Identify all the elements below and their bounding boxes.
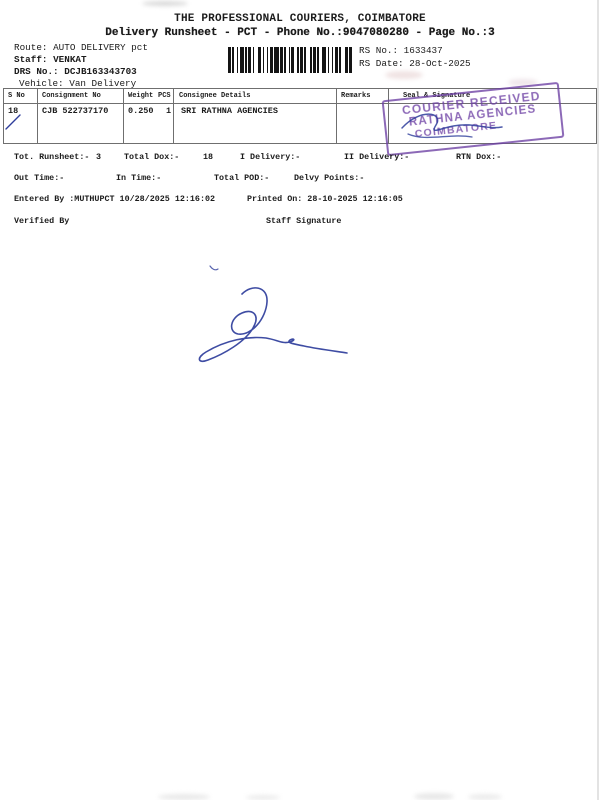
- cell-weight: 0.250: [128, 106, 154, 116]
- scan-edge-right: [597, 0, 599, 800]
- drs-value: DCJB163343703: [64, 66, 137, 77]
- route-value: AUTO DELIVERY pct: [53, 42, 148, 53]
- in-time-label: In Time:-: [116, 173, 161, 183]
- delvy-points-label: Delvy Points:-: [294, 173, 364, 183]
- scan-artifact-bottom-4: [468, 794, 502, 800]
- printed-on-line: Printed On: 28-10-2025 12:16:05: [247, 194, 403, 204]
- total-dox-label: Total Dox:-: [124, 152, 179, 162]
- pen-tick-mark: [3, 112, 25, 132]
- tot-runsheet-label: Tot. Runsheet:-: [14, 152, 89, 162]
- rs-no-label: RS No.:: [359, 45, 398, 56]
- staff-value: VENKAT: [53, 54, 86, 65]
- entered-by-line: Entered By :MUTHUPCT 10/28/2025 12:16:02: [14, 194, 215, 204]
- drs-label: DRS No.:: [14, 66, 59, 77]
- rtn-dox-label: RTN Dox:-: [456, 152, 501, 162]
- scan-artifact-bottom-3: [414, 793, 454, 800]
- route-label: Route:: [14, 42, 47, 53]
- runsheet-document: THE PROFESSIONAL COURIERS, COIMBATORE De…: [0, 0, 600, 800]
- scan-artifact-pink: [385, 71, 423, 79]
- col-header-consignment: Consignment No: [42, 92, 101, 100]
- staff-signature-label: Staff Signature: [266, 216, 341, 226]
- col-header-consignee: Consignee Details: [179, 92, 250, 100]
- col-header-pcs: PCS: [158, 92, 171, 100]
- total-pod-label: Total POD:-: [214, 173, 269, 183]
- cell-pcs: 1: [166, 106, 171, 116]
- rs-date-label: RS Date:: [359, 58, 404, 69]
- staff-line: Staff: VENKAT: [14, 54, 87, 65]
- col-header-s-no: S No: [8, 92, 25, 100]
- scan-artifact-bottom-1: [158, 794, 210, 800]
- handwritten-signature: [188, 258, 350, 370]
- rs-date-value: 28-Oct-2025: [409, 58, 470, 69]
- rs-no-line: RS No.: 1633437: [359, 45, 443, 56]
- rs-no-value: 1633437: [404, 45, 443, 56]
- runsheet-subtitle: Delivery Runsheet - PCT - Phone No.:9047…: [0, 27, 600, 39]
- drs-barcode-icon: [228, 47, 356, 73]
- company-title: THE PROFESSIONAL COURIERS, COIMBATORE: [0, 13, 600, 25]
- tot-runsheet-value: 3: [96, 152, 101, 162]
- ii-delivery-label: II Delivery:-: [344, 152, 409, 162]
- scan-artifact-bottom-2: [246, 795, 280, 800]
- cell-consignee: SRI RATHNA AGENCIES: [181, 106, 278, 116]
- route-line: Route: AUTO DELIVERY pct: [14, 42, 148, 53]
- cell-consignment-no: CJB 522737170: [42, 106, 108, 116]
- receiver-signature-scribble: [392, 96, 527, 148]
- rs-date-line: RS Date: 28-Oct-2025: [359, 58, 471, 69]
- col-header-weight: Weight: [128, 92, 153, 100]
- col-header-remarks: Remarks: [341, 92, 370, 100]
- staff-label: Staff:: [14, 54, 47, 65]
- total-dox-value: 18: [203, 152, 213, 162]
- verified-by-label: Verified By: [14, 216, 69, 226]
- i-delivery-label: I Delivery:-: [240, 152, 300, 162]
- drs-line: DRS No.: DCJB163343703: [14, 66, 137, 77]
- out-time-label: Out Time:-: [14, 173, 64, 183]
- scan-artifact-top: [142, 1, 188, 6]
